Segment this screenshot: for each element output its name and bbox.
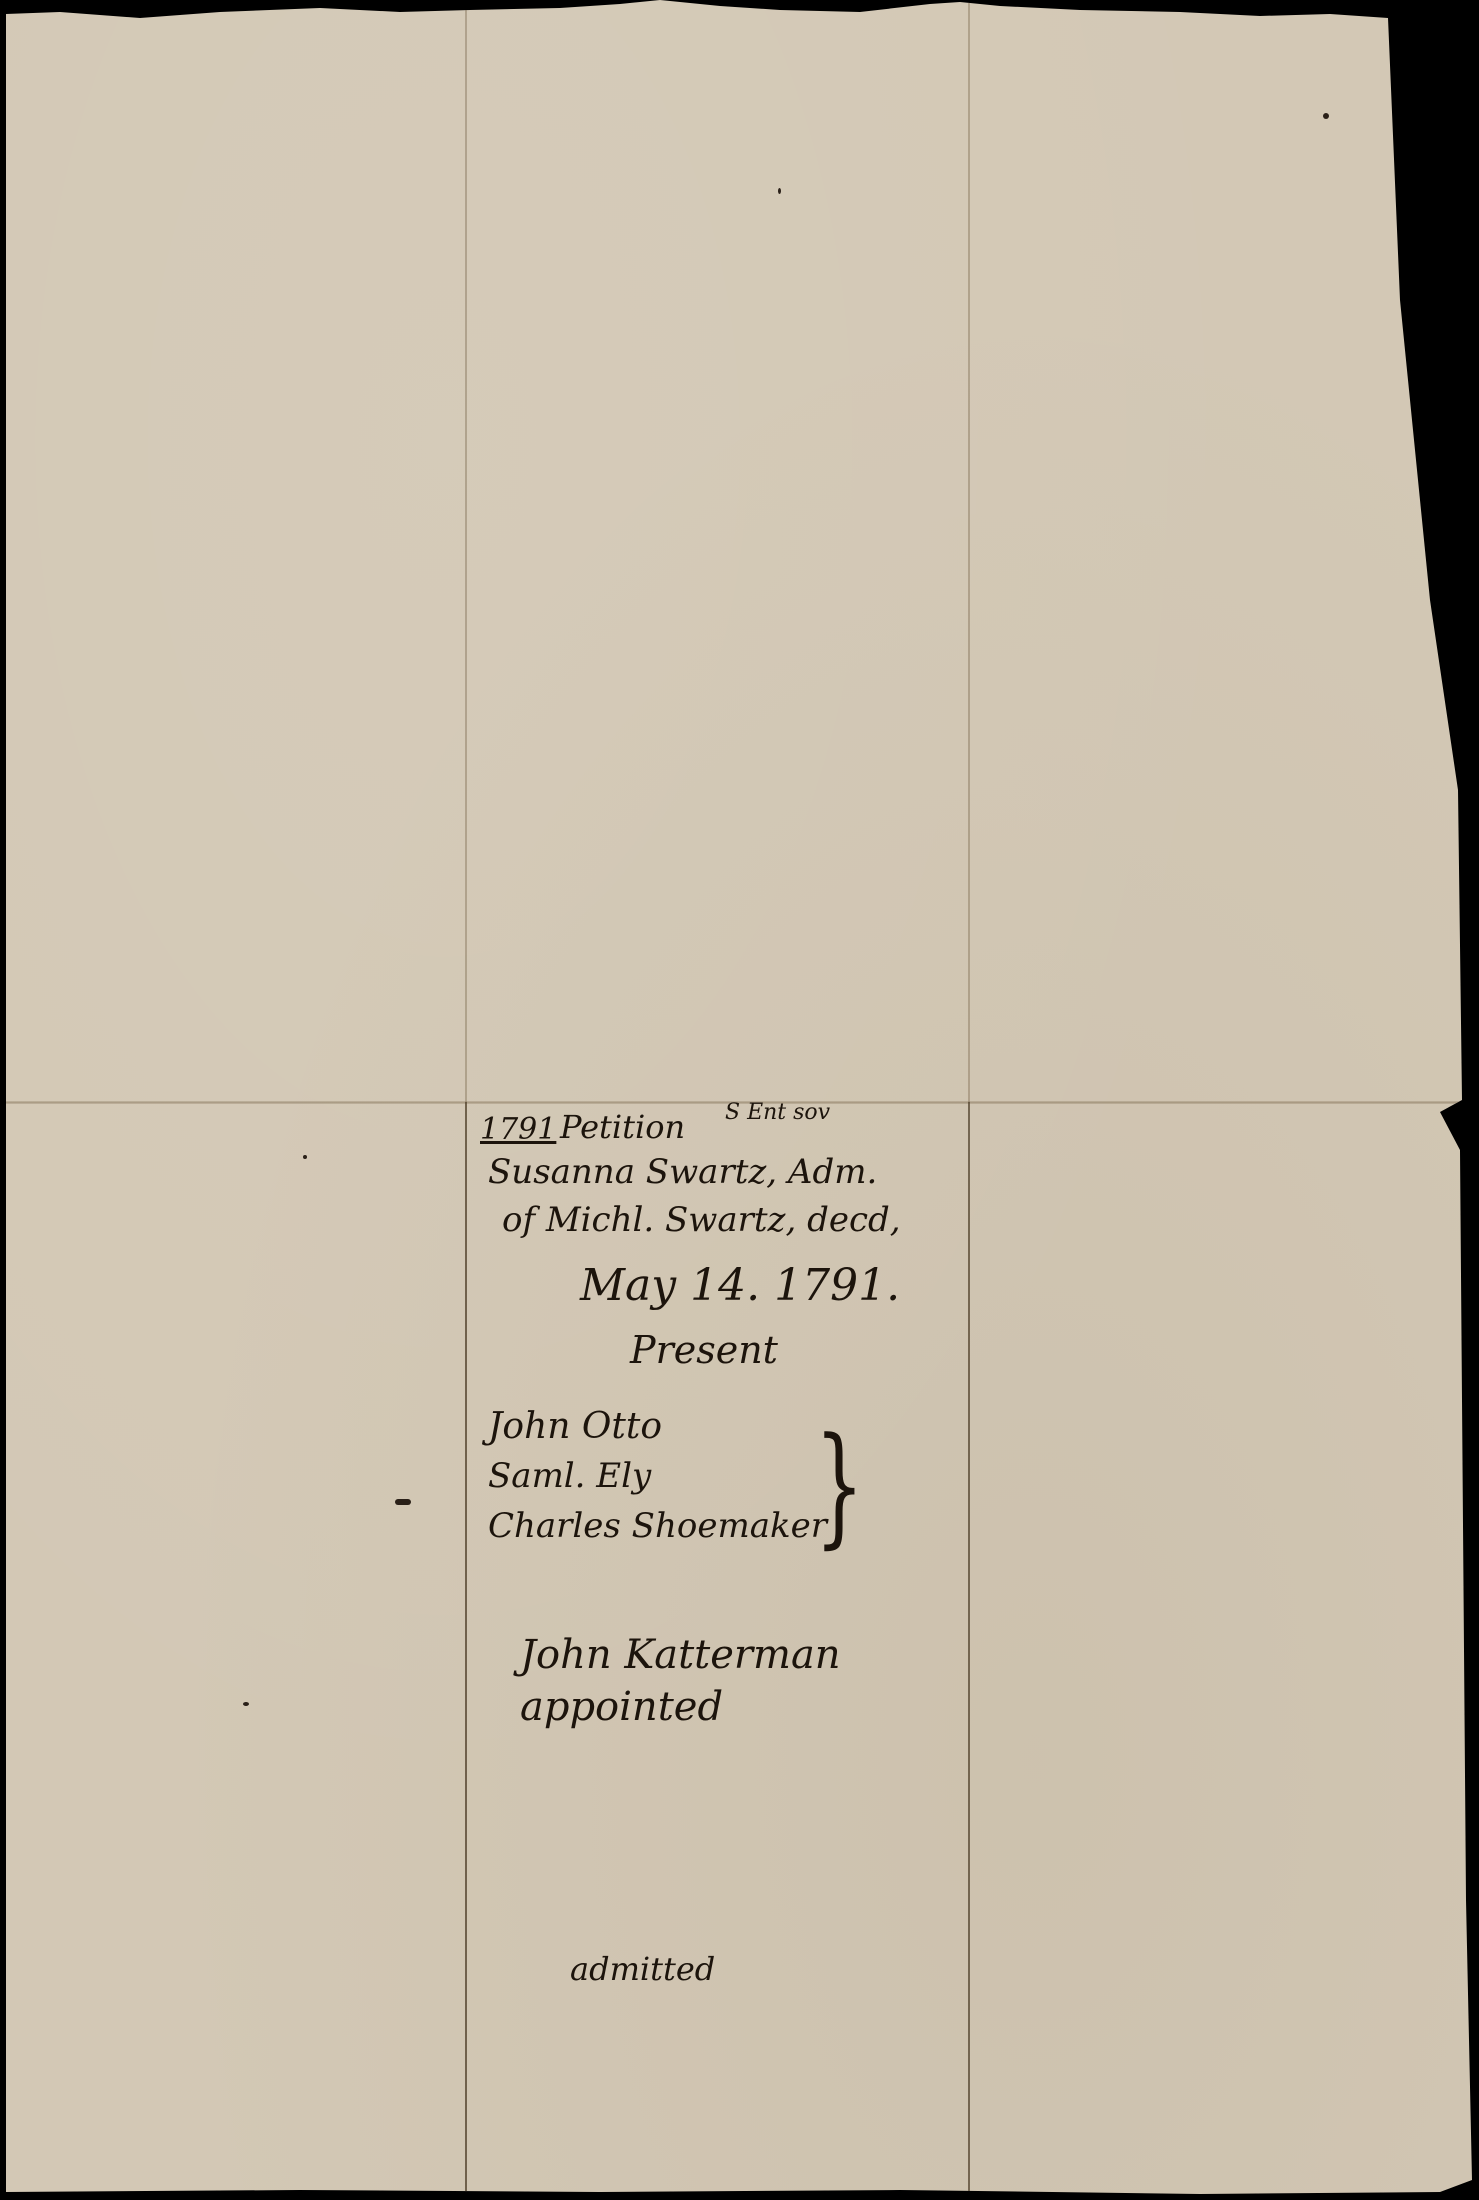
- marginal-note: S Ent sov: [725, 1100, 830, 1125]
- ink-spot: [1323, 113, 1329, 119]
- ink-spot: [303, 1155, 307, 1159]
- ink-spot: [778, 188, 781, 194]
- docket-title: Petition: [560, 1108, 685, 1146]
- docket-endorsement: 1791 Petition S Ent sov Susanna Swartz, …: [480, 1100, 970, 2100]
- status-admitted: admitted: [570, 1950, 715, 1988]
- justice-name: Saml. Ely: [488, 1456, 651, 1496]
- petitioner-name: Susanna Swartz, Adm.: [488, 1152, 877, 1192]
- deceased-name: of Michl. Swartz, decd,: [502, 1200, 901, 1240]
- docket-panel-left-edge: [465, 1102, 467, 2200]
- justice-name: Charles Shoemaker: [488, 1506, 827, 1546]
- brace-icon: }: [815, 1420, 865, 1550]
- appointed-label: appointed: [520, 1684, 723, 1730]
- appointee-name: John Katterman: [520, 1632, 841, 1678]
- ink-blot: [395, 1499, 411, 1505]
- docket-year: 1791: [480, 1112, 556, 1147]
- ink-spot: [243, 1702, 249, 1706]
- present-label: Present: [630, 1328, 778, 1372]
- justice-name: John Otto: [488, 1406, 662, 1447]
- docket-date: May 14. 1791.: [580, 1260, 900, 1311]
- document-paper: 1791 Petition S Ent sov Susanna Swartz, …: [0, 0, 1479, 2200]
